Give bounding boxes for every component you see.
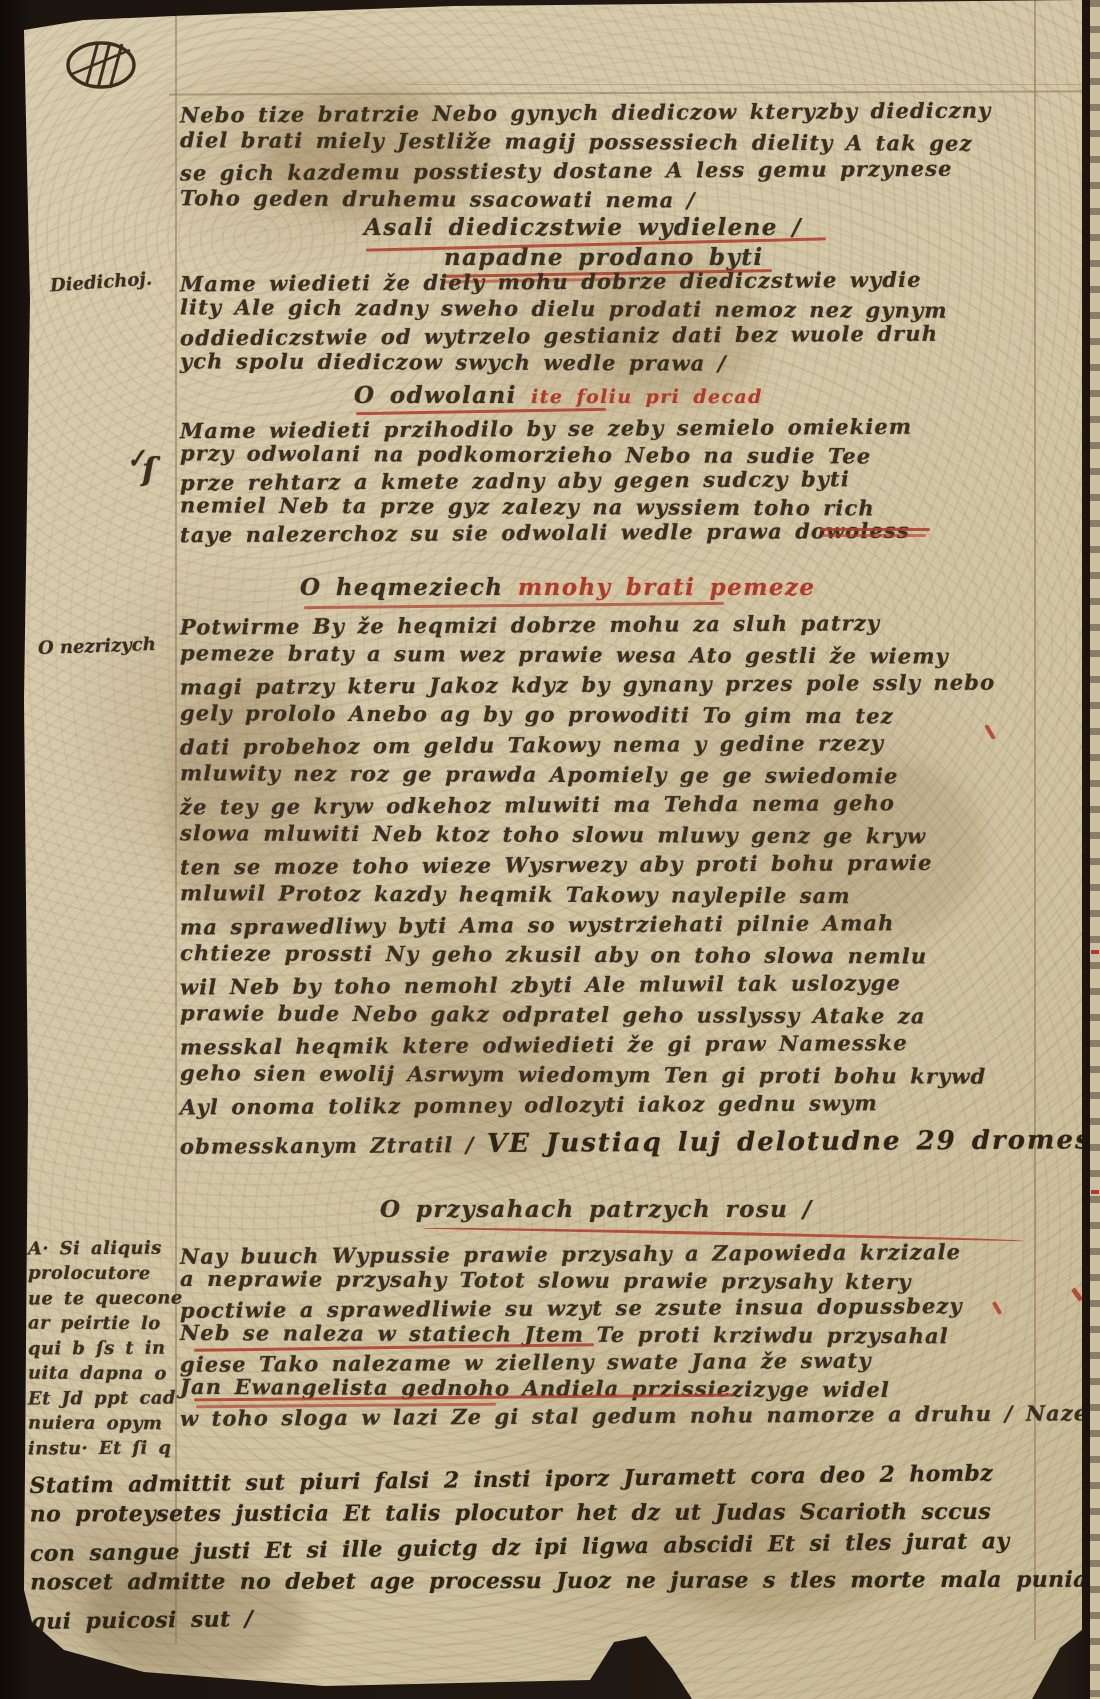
text-line: w toho sloga w lazi Ze gi stal gedum noh… [180,1399,1100,1432]
margin-latin-line: uita dapna o [28,1361,183,1387]
margin-latin-note: A· Si aliquisprolocutoreue te queconear … [28,1236,183,1461]
margin-latin-line: Et Jd ppt cad [28,1386,183,1412]
paragraph-4: Potwirme By že heqmizi dobrze mohu za sl… [180,610,995,1120]
text-line: chtieze prossti Ny geho zkusil aby on to… [180,938,995,972]
red-underline [304,602,724,609]
text-line: diel brati miely Jestliže magij possessi… [180,125,991,158]
margin-note-diedichoj: Diedichoj. [49,268,152,296]
ruling-line [404,84,1082,85]
text-line: Toho geden druhemu ssacowati nema / [180,183,991,216]
text-line: przy odwolani na podkomorzieho Nebo na s… [180,440,912,469]
paragraph-4-lastline: obmesskanym Ztratil / VE Justiaq luj del… [180,1128,1100,1158]
text-line: ych spolu diediczow swych wedle prawa / [180,347,948,377]
text-line: messkal heqmik ktere odwiedieti že gi pr… [180,1028,995,1063]
text-line: Ayl onoma tolikz pomney odlozyti iakoz g… [180,1088,995,1123]
text-line: wil Neb by toho nemohl zbyti Ale mluwil … [180,968,995,1003]
text-line: nemiel Neb ta prze gyz zalezy na wyssiem… [180,492,912,521]
section-heading-1-line1: Asali diediczstwie wydielene / [364,214,802,241]
text-line: taye nalezerchoz su sie odwolali wedle p… [180,518,912,548]
text-line: magi patrzy kteru Jakoz kdyz by gynany p… [180,668,995,703]
text-line: mluwity nez roz ge prawda Apomiely ge ge… [180,758,995,792]
section-heading-2-black: O odwolani [354,382,517,409]
section-heading-3-red: mnohy brati pemeze [518,574,816,601]
paragraph-1: Nebo tize bratrzie Nebo gynych diediczow… [180,98,991,214]
text-line: Mame wiedieti že diely mohu dobrze diedi… [180,266,948,298]
text-line: oddiediczstwie od wytrzelo gestianiz dat… [180,320,948,352]
red-mark [1091,950,1099,954]
red-mark [1091,1190,1099,1194]
manuscript-page: Diedichoj. ✓ ſ O nezrizych A· Si aliquis… [24,0,1082,1699]
text-line: Mame wiedieti przihodilo by se zeby semi… [180,414,912,444]
margin-note-nezrizych: O nezrizych [38,634,156,659]
text-line: dati probehoz om geldu Takowy nema y ged… [180,728,995,763]
latin-addendum: Statim admittit sut piuri falsi 2 insti … [29,1458,1098,1635]
section-heading-3-black: O heqmeziech [300,574,503,601]
margin-latin-line: ue te quecone [28,1286,183,1312]
margin-latin-line: nuiera opym [28,1411,183,1437]
text-run: obmesskanym Ztratil / [180,1132,475,1159]
margin-paraph-mark: ſ [142,450,156,488]
text-line: slowa mluwiti Neb ktoz toho slowu mluwy … [180,818,995,852]
text-line: obmesskanym Ztratil / VE Justiaq luj del… [180,1125,1100,1161]
margin-latin-line: ar peirtie lo [28,1311,183,1337]
text-line: gely prololo Anebo ag by go prowoditi To… [180,698,995,732]
text-line: pemeze braty a sum wez prawie wesa Ato g… [180,638,995,672]
margin-latin-line: instu· Et ſi q [28,1436,183,1462]
section-heading-2-red: ite foliu pri decad [531,386,763,408]
text-line: že tey ge kryw odkehoz mluwiti ma Tehda … [180,788,995,823]
paragraph-2: Mame wiedieti že diely mohu dobrze diedi… [180,268,948,376]
text-line: ten se moze toho wieze Wysrwezy aby prot… [180,848,995,883]
text-line: Potwirme By že heqmizi dobrze mohu za sl… [180,608,995,643]
text-line: prze rehtarz a kmete zadny aby gegen sud… [180,466,912,496]
text-line: mluwil Protoz kazdy heqmik Takowy naylep… [180,878,995,912]
text-line: ma sprawedliwy byti Ama so wystrziehati … [180,908,995,943]
paragraph-3: Mame wiedieti przihodilo by se zeby semi… [180,416,912,546]
section-heading-4: O przysahach patrzych rosu / [380,1196,813,1223]
text-line: Nebo tize bratrzie Nebo gynych diediczow… [180,96,992,130]
margin-latin-line: A· Si aliquis [28,1236,183,1262]
section-heading-3: O heqmeziech mnohy brati pemeze [300,574,815,601]
margin-latin-line: prolocutore [28,1261,183,1287]
text-line: prawie bude Nebo gakz odpratel geho ussl… [180,998,995,1032]
folio-mark-icon [64,34,140,96]
section-heading-2: O odwolani ite foliu pri decad [354,382,763,409]
inserted-latin-note: VE Justiaq luj delotudne 29 dromesA [487,1125,1100,1159]
next-folio-edge [1090,0,1100,1699]
margin-latin-line: qui b ſs t in [28,1336,183,1362]
text-line: geho sien ewolij Asrwym wiedomym Ten gi … [180,1058,995,1092]
text-line: se gich kazdemu posstiesty dostane A les… [180,154,992,188]
paragraph-5: Nay buuch Wypussie prawie przysahy a Zap… [180,1240,1100,1429]
text-line: lity Ale gich zadny sweho dielu prodati … [180,293,948,323]
